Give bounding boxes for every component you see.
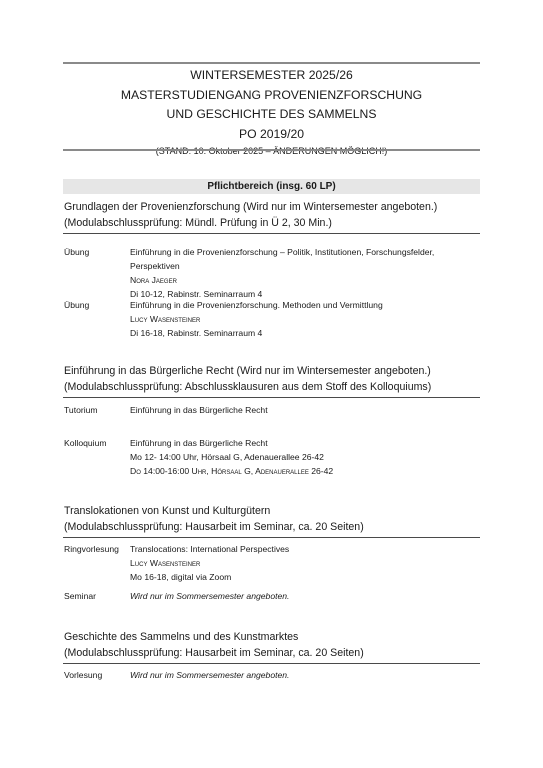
course-details: Einführung in die Provenienzforschung. M… bbox=[130, 298, 480, 340]
course-title: Einführung in die Provenienzforschung. M… bbox=[130, 298, 480, 312]
status-note: (STAND: 10. Oktober 2025 – ÄNDERUNGEN MÖ… bbox=[63, 144, 480, 158]
module-rule bbox=[63, 663, 480, 664]
course-lecturer: Nora Jaeger bbox=[130, 273, 480, 287]
module-title: Einführung in das Bürgerliche Recht (Wir… bbox=[63, 363, 480, 379]
course-schedule: Mo 16-18, digital via Zoom bbox=[130, 570, 480, 584]
course-title: Einführung in die Provenienzforschung – … bbox=[130, 245, 480, 259]
module-title: Translokationen von Kunst und Kulturgüte… bbox=[63, 503, 480, 519]
po-version: PO 2019/20 bbox=[63, 125, 480, 145]
course-schedule: Di 16-18, Rabinstr. Seminarraum 4 bbox=[130, 326, 480, 340]
course-details: Wird nur im Sommersemester angeboten. bbox=[130, 668, 480, 682]
document-header: WINTERSEMESTER 2025/26 MASTERSTUDIENGANG… bbox=[63, 66, 480, 158]
course-schedule: Do 14:00-16:00 Uhr, Hörsaal G, Adenauera… bbox=[130, 464, 480, 478]
module-exam: (Modulabschlussprüfung: Abschlussklausur… bbox=[63, 379, 480, 395]
module-header: Einführung in das Bürgerliche Recht (Wir… bbox=[63, 363, 480, 398]
program-title-line1: MASTERSTUDIENGANG PROVENIENZFORSCHUNG bbox=[63, 86, 480, 106]
module-rule bbox=[63, 537, 480, 538]
module-title: Grundlagen der Provenienzforschung (Wird… bbox=[63, 199, 480, 215]
section-band-pflichtbereich: Pflichtbereich (insg. 60 LP) bbox=[63, 179, 480, 194]
module-exam: (Modulabschlussprüfung: Hausarbeit im Se… bbox=[63, 519, 480, 535]
course-type: Seminar bbox=[64, 589, 96, 603]
course-type: Ringvorlesung bbox=[64, 542, 119, 556]
module-title: Geschichte des Sammelns und des Kunstmar… bbox=[63, 629, 480, 645]
module-header: Grundlagen der Provenienzforschung (Wird… bbox=[63, 199, 480, 234]
header-top-rule bbox=[63, 62, 480, 64]
module-header: Geschichte des Sammelns und des Kunstmar… bbox=[63, 629, 480, 664]
header-bottom-rule bbox=[63, 149, 480, 151]
course-details: Einführung in das Bürgerliche Recht bbox=[130, 403, 480, 417]
semester-title: WINTERSEMESTER 2025/26 bbox=[63, 66, 480, 86]
course-type: Kolloquium bbox=[64, 436, 107, 450]
course-type: Übung bbox=[64, 298, 89, 312]
program-title-line2: UND GESCHICHTE DES SAMMELNS bbox=[63, 105, 480, 125]
course-details: Wird nur im Sommersemester angeboten. bbox=[130, 589, 480, 603]
course-title: Translocations: International Perspectiv… bbox=[130, 542, 480, 556]
module-rule bbox=[63, 397, 480, 398]
course-note: Wird nur im Sommersemester angeboten. bbox=[130, 589, 480, 603]
course-details: Translocations: International Perspectiv… bbox=[130, 542, 480, 584]
course-type: Tutorium bbox=[64, 403, 98, 417]
course-lecturer: Lucy Wasensteiner bbox=[130, 312, 480, 326]
course-type: Übung bbox=[64, 245, 89, 259]
course-title: Einführung in das Bürgerliche Recht bbox=[130, 403, 480, 417]
course-note: Wird nur im Sommersemester angeboten. bbox=[130, 668, 480, 682]
module-exam: (Modulabschlussprüfung: Mündl. Prüfung i… bbox=[63, 215, 480, 231]
course-details: Einführung in die Provenienzforschung – … bbox=[130, 245, 480, 301]
module-rule bbox=[63, 233, 480, 234]
course-title: Einführung in das Bürgerliche Recht bbox=[130, 436, 480, 450]
course-lecturer: Lucy Wasensteiner bbox=[130, 556, 480, 570]
course-title-cont: Perspektiven bbox=[130, 259, 480, 273]
course-details: Einführung in das Bürgerliche Recht Mo 1… bbox=[130, 436, 480, 478]
module-header: Translokationen von Kunst und Kulturgüte… bbox=[63, 503, 480, 538]
module-exam: (Modulabschlussprüfung: Hausarbeit im Se… bbox=[63, 645, 480, 661]
course-schedule: Mo 12- 14:00 Uhr, Hörsaal G, Adenauerall… bbox=[130, 450, 480, 464]
course-type: Vorlesung bbox=[64, 668, 102, 682]
